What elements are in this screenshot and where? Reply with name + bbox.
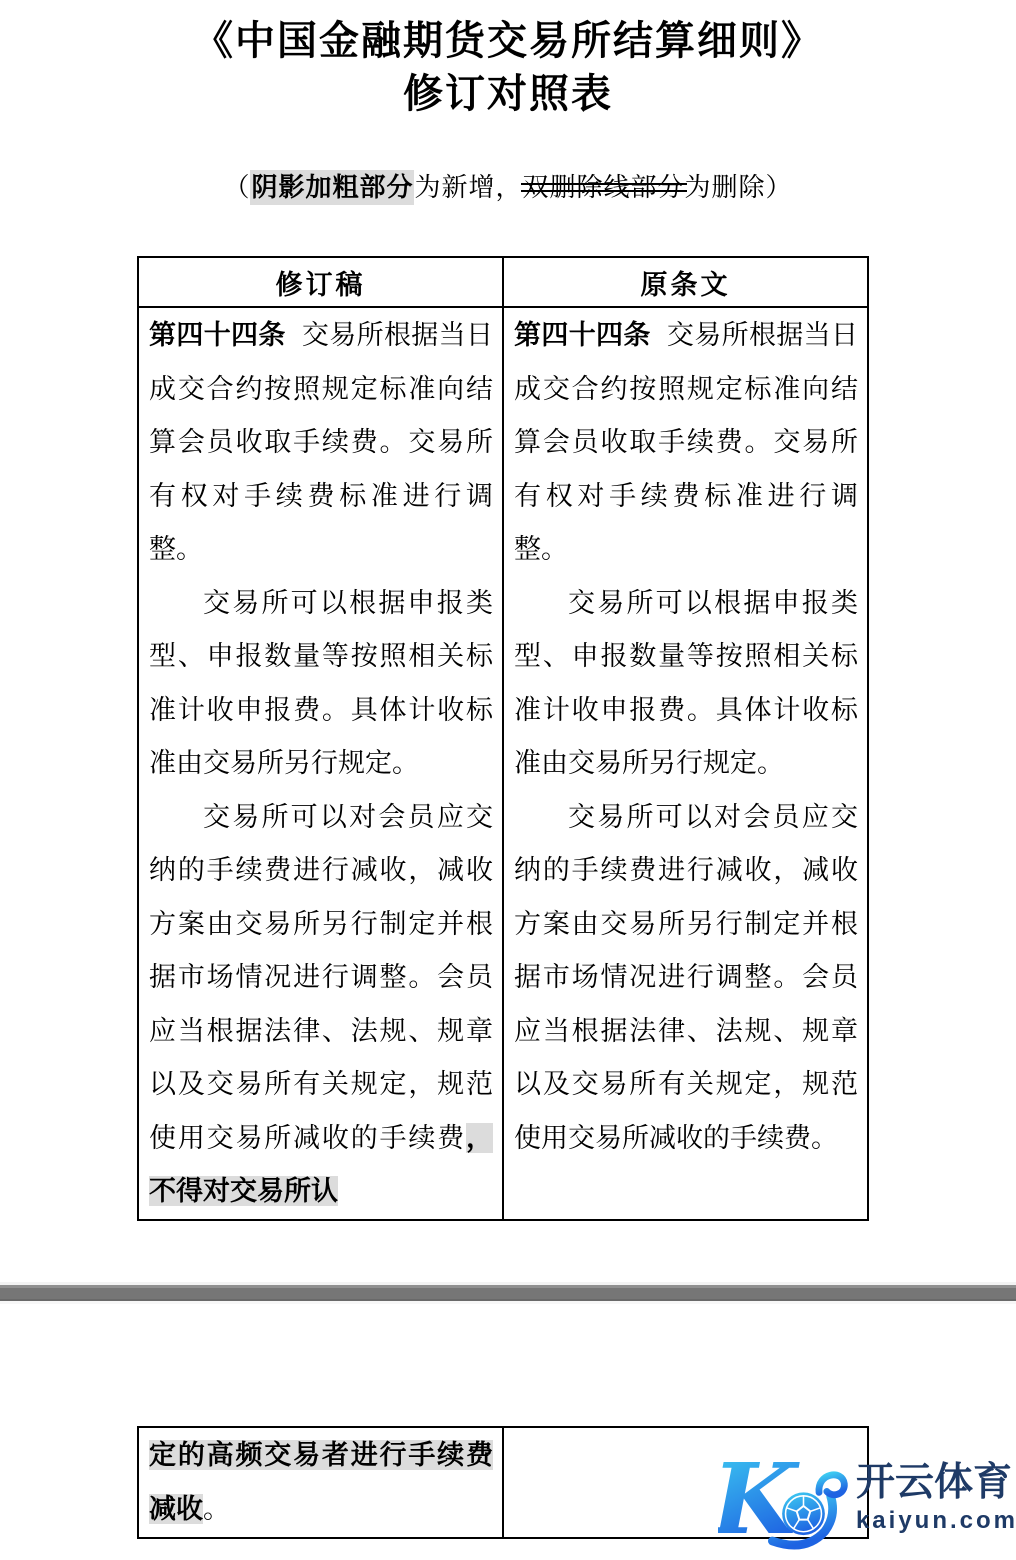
paragraph-1-revised: 第四十四条交易所根据当日成交合约按照规定标准向结算会员收取手续费。交易所有权对手… xyxy=(149,309,493,577)
legend-deleted-meaning: 为删除） xyxy=(685,173,793,202)
paragraph-3-text: 交易所可以对会员应交纳的手续费进行减收，减收方案由交易所另行制定并根据市场情况进… xyxy=(149,802,493,1153)
table-header-row: 修订稿 原条文 xyxy=(138,257,868,307)
title-line-1: 《中国金融期货交易所结算细则》 xyxy=(0,14,1016,67)
comparison-table: 修订稿 原条文 第四十四条交易所根据当日成交合约按照规定标准向结算会员收取手续费… xyxy=(137,256,869,1221)
paragraph-1-text: 交易所根据当日成交合约按照规定标准向结算会员收取手续费。交易所有权对手续费标准进… xyxy=(514,320,858,564)
kaiyun-logo-icon: K xyxy=(718,1452,856,1560)
paragraph-1-original: 第四十四条交易所根据当日成交合约按照规定标准向结算会员收取手续费。交易所有权对手… xyxy=(514,309,858,577)
document-title: 《中国金融期货交易所结算细则》 修订对照表 xyxy=(0,14,1016,120)
legend-open-paren: （ xyxy=(223,173,250,202)
legend-added-sample: 阴影加粗部分 xyxy=(250,170,414,205)
paragraph-1-text: 交易所根据当日成交合约按照规定标准向结算会员收取手续费。交易所有权对手续费标准进… xyxy=(149,320,493,564)
soccer-ball-icon xyxy=(782,1492,825,1535)
continued-tail-text: 。 xyxy=(203,1494,230,1524)
watermark-text: 开云体育 kaiyun.com xyxy=(856,1452,1016,1535)
continued-revised-cell: 定的高频交易者进行手续费减收。 xyxy=(138,1427,503,1538)
added-text-highlight: 定的高频交易者进行手续费减收 xyxy=(149,1440,493,1524)
header-original-column: 原条文 xyxy=(503,257,868,307)
paragraph-2-original: 交易所可以根据申报类型、申报数量等按照相关标准计收申报费。具体计收标准由交易所另… xyxy=(514,577,858,791)
continued-paragraph: 定的高频交易者进行手续费减收。 xyxy=(149,1429,493,1536)
article-number: 第四十四条 xyxy=(514,320,651,350)
brand-name: 开云体育 xyxy=(856,1462,1016,1504)
title-line-2: 修订对照表 xyxy=(0,67,1016,120)
header-revised-column: 修订稿 xyxy=(138,257,503,307)
legend-added-meaning: 为新增， xyxy=(414,173,522,202)
revised-cell: 第四十四条交易所根据当日成交合约按照规定标准向结算会员收取手续费。交易所有权对手… xyxy=(138,307,503,1220)
article-number: 第四十四条 xyxy=(149,320,286,350)
wave-curl-icon xyxy=(819,1475,844,1495)
table-body-row: 第四十四条交易所根据当日成交合约按照规定标准向结算会员收取手续费。交易所有权对手… xyxy=(138,307,868,1220)
brand-domain: kaiyun.com xyxy=(856,1507,1016,1535)
legend-note: （阴影加粗部分为新增，双删除线部分为删除） xyxy=(0,167,1016,204)
paragraph-3-revised: 交易所可以对会员应交纳的手续费进行减收，减收方案由交易所另行制定并根据市场情况进… xyxy=(149,791,493,1219)
paragraph-3-original: 交易所可以对会员应交纳的手续费进行减收，减收方案由交易所另行制定并根据市场情况进… xyxy=(514,791,858,1166)
paragraph-2-revised: 交易所可以根据申报类型、申报数量等按照相关标准计收申报费。具体计收标准由交易所另… xyxy=(149,577,493,791)
legend-deleted-sample: 双删除线部分 xyxy=(523,167,685,204)
watermark-link[interactable]: K 开云体育 kaiyun.com xyxy=(718,1452,1016,1560)
original-cell: 第四十四条交易所根据当日成交合约按照规定标准向结算会员收取手续费。交易所有权对手… xyxy=(503,307,868,1220)
page-divider-bar xyxy=(0,1282,1016,1304)
